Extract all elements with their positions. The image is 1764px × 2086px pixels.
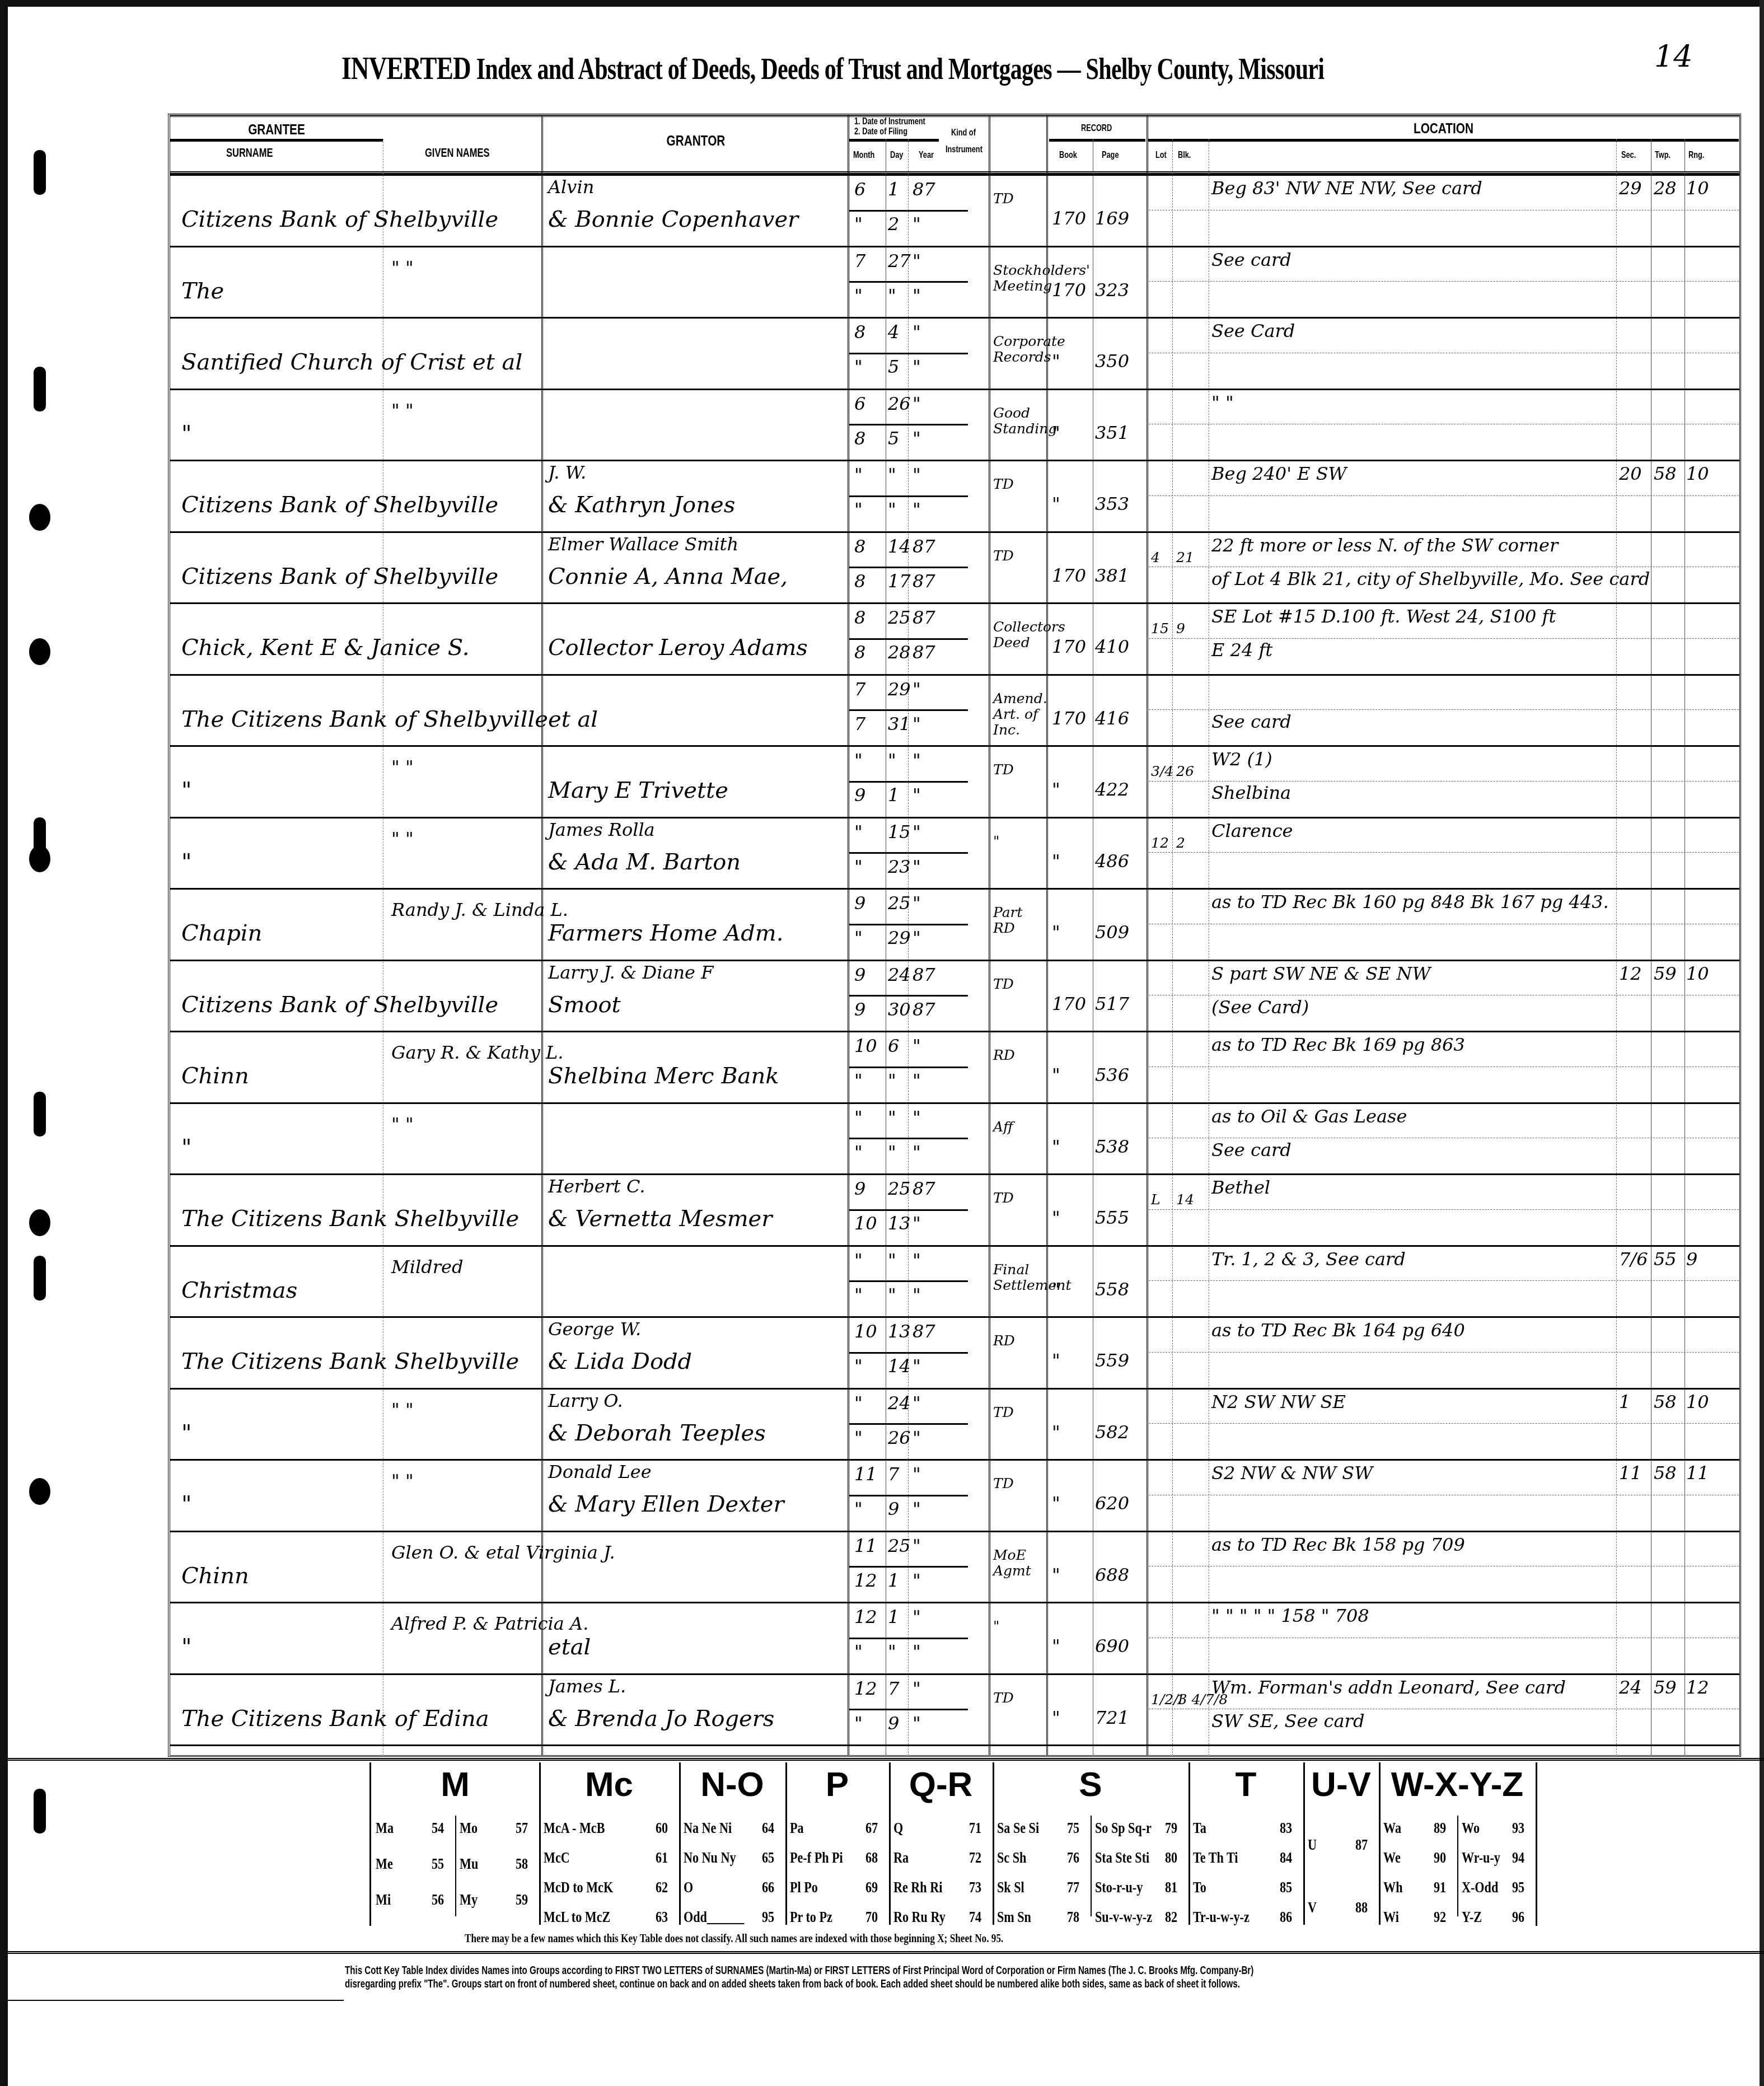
date-sub-divider bbox=[849, 924, 968, 925]
date2-year: " bbox=[913, 1070, 921, 1091]
key-cell-label: Sa Se Si bbox=[997, 1820, 1039, 1837]
location-sub-divider bbox=[1149, 852, 1739, 853]
kind-of-instrument: TD bbox=[993, 476, 1044, 492]
record-page: 559 bbox=[1095, 1350, 1129, 1371]
footer-line-1: This Cott Key Table Index divides Names … bbox=[345, 1964, 1253, 1977]
date1-month: " bbox=[854, 464, 863, 485]
key-cell-sheet-number: 82 bbox=[1165, 1909, 1177, 1926]
date1-month: 12 bbox=[854, 1606, 877, 1627]
key-cell-sheet-number: 72 bbox=[969, 1849, 981, 1867]
location-blk: 14 bbox=[1176, 1191, 1194, 1208]
grantor-line-2: & Deborah Teeples bbox=[548, 1420, 766, 1446]
key-cell-sheet-number: 73 bbox=[969, 1879, 981, 1896]
grantor-line-2: Shelbina Merc Bank bbox=[548, 1063, 779, 1089]
grantor-line-1: Larry O. bbox=[548, 1390, 623, 1411]
key-cell-label: We bbox=[1383, 1849, 1401, 1867]
location-desc-1: as to TD Rec Bk 169 pg 863 bbox=[1211, 1034, 1465, 1055]
date1-year: 87 bbox=[913, 964, 935, 985]
location-sec: 24 bbox=[1619, 1677, 1642, 1698]
key-cell-sheet-number: 91 bbox=[1434, 1879, 1446, 1896]
row-divider bbox=[170, 1388, 1740, 1390]
grantor-line-2: Connie A, Anna Mae, bbox=[548, 564, 788, 590]
key-section-letter: M bbox=[371, 1765, 539, 1804]
date1-month: " bbox=[854, 1250, 863, 1271]
grantee-surname: " bbox=[181, 1634, 191, 1660]
footer-rule bbox=[8, 1951, 1764, 1954]
grantor-line-2: Mary E Trivette bbox=[548, 778, 728, 803]
kind-of-instrument: TD bbox=[993, 548, 1044, 564]
location-sub-divider bbox=[1149, 1495, 1739, 1495]
kind-of-instrument: Amend. Art. of Inc. bbox=[993, 691, 1044, 738]
location-rng: 9 bbox=[1686, 1248, 1697, 1270]
footer-bottom-rule bbox=[8, 2000, 344, 2001]
date2-month: " bbox=[854, 285, 863, 306]
binder-hole bbox=[29, 1209, 50, 1236]
page-title: INVERTED Index and Abstract of Deeds, De… bbox=[341, 49, 1324, 87]
date1-day: 13 bbox=[888, 1321, 911, 1342]
ledger-table: GRANTEE SURNAME GIVEN NAMES GRANTOR 1. D… bbox=[168, 114, 1741, 1757]
date2-month: " bbox=[854, 1641, 863, 1662]
key-cell-label: U bbox=[1308, 1836, 1317, 1854]
header-mid-rule-location bbox=[1148, 139, 1739, 142]
date1-month: 7 bbox=[854, 250, 865, 272]
date2-month: " bbox=[854, 1070, 863, 1091]
location-sub-divider bbox=[1149, 1566, 1739, 1566]
date2-day: " bbox=[888, 499, 896, 520]
binder-hole bbox=[29, 638, 50, 665]
key-cell-sheet-number: 88 bbox=[1355, 1899, 1368, 1916]
record-book: " bbox=[1052, 779, 1060, 800]
key-cell-sheet-number: 69 bbox=[865, 1879, 878, 1896]
date1-month: 11 bbox=[854, 1463, 877, 1485]
date1-month: 10 bbox=[854, 1321, 877, 1342]
date1-year: " bbox=[913, 321, 921, 343]
location-lot: L bbox=[1151, 1191, 1161, 1208]
key-cell-label: Ma bbox=[376, 1820, 394, 1837]
key-cell-label: Mo bbox=[460, 1820, 478, 1837]
key-cell-label: Tr-u-w-y-z bbox=[1193, 1909, 1250, 1926]
date2-day: " bbox=[888, 1070, 896, 1091]
location-sub-divider bbox=[1149, 495, 1739, 496]
record-page: 381 bbox=[1095, 565, 1129, 586]
header-day: Day bbox=[890, 149, 903, 161]
grantor-line-2: et al bbox=[548, 707, 598, 732]
date2-month: " bbox=[854, 213, 863, 235]
date-sub-divider bbox=[849, 852, 968, 854]
key-cell-label: Wh bbox=[1383, 1879, 1402, 1896]
location-desc-1: S2 NW & NW SW bbox=[1211, 1462, 1373, 1484]
date-sub-divider bbox=[849, 1138, 968, 1139]
date1-day: 1 bbox=[888, 179, 899, 200]
date1-year: " bbox=[913, 1535, 921, 1556]
row-divider bbox=[170, 389, 1740, 390]
kind-of-instrument: Good Standing bbox=[993, 405, 1044, 437]
date2-month: 8 bbox=[854, 428, 865, 449]
location-sub-divider bbox=[1149, 1209, 1739, 1210]
row-divider bbox=[170, 1744, 1740, 1746]
date1-day: 27 bbox=[888, 250, 911, 272]
location-sub-divider bbox=[1149, 567, 1739, 567]
date2-day: 17 bbox=[888, 570, 911, 592]
grantee-surname: " bbox=[181, 1135, 191, 1161]
location-twp: 55 bbox=[1654, 1248, 1677, 1270]
date-sub-divider bbox=[849, 781, 968, 783]
header-page: Page bbox=[1102, 149, 1119, 161]
date1-day: 7 bbox=[888, 1463, 899, 1485]
date1-year: " bbox=[913, 1107, 921, 1128]
key-cell-label: Su-v-w-y-z bbox=[1095, 1909, 1152, 1926]
date1-day: " bbox=[888, 1107, 896, 1128]
location-desc-1: " " bbox=[1211, 392, 1234, 413]
date2-year: " bbox=[913, 499, 921, 520]
grantee-given: " " bbox=[391, 257, 414, 278]
col-line-desc bbox=[1209, 139, 1209, 1756]
date2-month: " bbox=[854, 1355, 863, 1377]
header-twp: Twp. bbox=[1655, 149, 1671, 161]
kind-of-instrument: TD bbox=[993, 1190, 1044, 1206]
key-cell-label: So Sp Sq-r bbox=[1095, 1820, 1152, 1837]
location-desc-2: Shelbina bbox=[1211, 782, 1291, 803]
row-divider bbox=[170, 1316, 1740, 1318]
date-sub-divider bbox=[849, 1423, 968, 1425]
date1-month: 9 bbox=[854, 964, 865, 985]
location-sub-divider bbox=[1149, 1352, 1739, 1353]
record-page: 558 bbox=[1095, 1279, 1129, 1300]
header-mid-rule-record bbox=[1049, 139, 1145, 142]
kind-of-instrument: RD bbox=[993, 1333, 1044, 1349]
key-cell-label: O bbox=[684, 1879, 693, 1896]
date1-year: " bbox=[913, 892, 921, 914]
key-cell-sheet-number: 61 bbox=[656, 1849, 668, 1867]
date1-month: 8 bbox=[854, 321, 865, 343]
header-date-filing: 2. Date of Filing bbox=[854, 125, 907, 138]
key-cell-sheet-number: 75 bbox=[1067, 1820, 1079, 1837]
grantor-line-1: James Rolla bbox=[548, 819, 655, 840]
date1-month: 8 bbox=[854, 536, 865, 557]
date1-day: 14 bbox=[888, 536, 911, 557]
record-book: " bbox=[1052, 1136, 1060, 1157]
date2-day: 1 bbox=[888, 784, 899, 806]
row-divider bbox=[170, 1602, 1740, 1603]
row-divider bbox=[170, 246, 1740, 247]
key-cell-label: Pa bbox=[790, 1820, 804, 1837]
date-sub-divider bbox=[849, 424, 968, 425]
footer-line-2: disregarding prefix "The". Groups start … bbox=[345, 1977, 1240, 1991]
key-cell-sheet-number: 95 bbox=[1512, 1879, 1524, 1896]
location-sec: 1 bbox=[1619, 1391, 1630, 1413]
date1-year: " bbox=[913, 393, 921, 414]
key-cell-sheet-number: 64 bbox=[762, 1820, 774, 1837]
key-section-letter: P bbox=[785, 1765, 889, 1804]
header-top-rule bbox=[170, 115, 1740, 117]
col-line-given bbox=[383, 139, 383, 1756]
date2-day: 2 bbox=[888, 213, 899, 235]
grantee-surname: Chapin bbox=[181, 920, 262, 946]
key-cell-label: Pl Po bbox=[790, 1879, 818, 1896]
record-page: 517 bbox=[1095, 993, 1129, 1014]
date2-year: " bbox=[913, 356, 921, 377]
grantor-line-2: Farmers Home Adm. bbox=[548, 920, 783, 946]
date1-year: " bbox=[913, 679, 921, 700]
record-book: " bbox=[1052, 350, 1060, 372]
key-cell-label: V bbox=[1308, 1899, 1317, 1916]
location-sub-divider bbox=[1149, 210, 1739, 211]
kind-of-instrument: Aff bbox=[993, 1119, 1044, 1135]
grantee-given: " " bbox=[391, 1470, 414, 1491]
key-section-letter: W-X-Y-Z bbox=[1379, 1765, 1536, 1804]
date1-year: 87 bbox=[913, 536, 935, 557]
date1-month: " bbox=[854, 1107, 863, 1128]
date2-year: " bbox=[913, 285, 921, 306]
key-cell-label: My bbox=[460, 1891, 478, 1909]
record-book: 170 bbox=[1052, 208, 1086, 229]
key-cell-sheet-number: 62 bbox=[656, 1879, 668, 1896]
date2-year: " bbox=[913, 428, 921, 449]
date-sub-divider bbox=[849, 1209, 968, 1211]
location-sub-divider bbox=[1149, 781, 1739, 782]
key-cell-sheet-number: 83 bbox=[1280, 1820, 1292, 1837]
record-book: " bbox=[1052, 1635, 1060, 1657]
record-book: 170 bbox=[1052, 708, 1086, 729]
date2-day: 31 bbox=[888, 713, 911, 735]
date1-month: 7 bbox=[854, 679, 865, 700]
binder-hole bbox=[29, 845, 50, 872]
location-desc-1: SE Lot #15 D.100 ft. West 24, S100 ft bbox=[1211, 606, 1556, 627]
grantee-given: Glen O. & etal Virginia J. bbox=[391, 1542, 615, 1563]
key-cell-sheet-number: 58 bbox=[516, 1855, 528, 1873]
kind-of-instrument: RD bbox=[993, 1047, 1044, 1063]
date1-year: 87 bbox=[913, 179, 935, 200]
record-book: " bbox=[1052, 422, 1060, 443]
header-blk: Blk. bbox=[1178, 149, 1191, 161]
key-cell-label: Q bbox=[893, 1820, 903, 1837]
date2-year: " bbox=[913, 713, 921, 735]
header-month: Month bbox=[853, 149, 874, 161]
date1-day: " bbox=[888, 750, 896, 771]
location-twp: 59 bbox=[1654, 963, 1677, 984]
key-cell-sheet-number: 70 bbox=[865, 1909, 878, 1926]
date1-year: " bbox=[913, 750, 921, 771]
date2-day: 1 bbox=[888, 1570, 899, 1591]
date2-day: 5 bbox=[888, 428, 899, 449]
date-sub-divider bbox=[849, 1280, 968, 1282]
kind-of-instrument: TD bbox=[993, 1405, 1044, 1420]
grantor-line-1: James L. bbox=[548, 1676, 626, 1697]
key-cell-label: Wo bbox=[1462, 1820, 1480, 1837]
date1-day: " bbox=[888, 464, 896, 485]
kind-of-instrument: TD bbox=[993, 976, 1044, 992]
kind-of-instrument: Corporate Records bbox=[993, 334, 1044, 365]
row-divider bbox=[170, 1031, 1740, 1032]
col-line-page bbox=[1093, 139, 1093, 1756]
key-subcolumn-divider bbox=[1457, 1816, 1458, 1916]
col-line-day bbox=[886, 139, 886, 1756]
key-cell-label: Pr to Pz bbox=[790, 1909, 832, 1926]
location-lot: 3/4 bbox=[1151, 763, 1173, 779]
grantee-surname: Citizens Bank of Shelbyville bbox=[181, 564, 498, 590]
row-divider bbox=[170, 745, 1740, 747]
header-grantor: GRANTOR bbox=[573, 132, 818, 149]
key-cell-sheet-number: 55 bbox=[432, 1855, 444, 1873]
binder-slot bbox=[34, 1789, 46, 1834]
record-page: 620 bbox=[1095, 1493, 1129, 1514]
date-sub-divider bbox=[849, 1067, 968, 1068]
row-divider bbox=[170, 1245, 1740, 1247]
key-cell-label: Me bbox=[376, 1855, 393, 1873]
key-cell-sheet-number: 76 bbox=[1067, 1849, 1079, 1867]
location-desc-1: See Card bbox=[1211, 320, 1295, 342]
location-blk: 21 bbox=[1176, 549, 1194, 565]
record-page: 690 bbox=[1095, 1635, 1129, 1657]
location-desc-1: Beg 83' NW NE NW, See card bbox=[1211, 177, 1482, 199]
record-page: 351 bbox=[1095, 422, 1129, 443]
location-blk: 9 bbox=[1176, 620, 1185, 637]
date1-day: 25 bbox=[888, 607, 911, 628]
location-rng: 10 bbox=[1686, 177, 1709, 199]
record-page: 538 bbox=[1095, 1136, 1129, 1157]
date2-day: 9 bbox=[888, 1498, 899, 1519]
date1-month: " bbox=[854, 1392, 863, 1414]
grantee-surname: Citizens Bank of Shelbyville bbox=[181, 992, 498, 1018]
key-note: There may be a few names which this Key … bbox=[465, 1931, 1003, 1945]
date-sub-divider bbox=[849, 1638, 968, 1639]
header-mid-rule-grantee bbox=[170, 139, 383, 142]
grantee-surname: Santified Church of Crist et al bbox=[181, 349, 522, 375]
key-cell-label: McL to McZ bbox=[544, 1909, 610, 1926]
grantee-given: Gary R. & Kathy L. bbox=[391, 1042, 563, 1063]
date1-day: 25 bbox=[888, 1178, 911, 1199]
binder-hole bbox=[29, 1478, 50, 1505]
date2-month: " bbox=[854, 356, 863, 377]
location-desc-1: Beg 240' E SW bbox=[1211, 463, 1347, 484]
date-sub-divider bbox=[849, 995, 968, 997]
location-desc-1: as to TD Rec Bk 160 pg 848 Bk 167 pg 443… bbox=[1211, 891, 1609, 913]
key-cell-label: Na Ne Ni bbox=[684, 1820, 732, 1837]
grantee-given: " " bbox=[391, 400, 414, 421]
date1-month: 11 bbox=[854, 1535, 877, 1556]
location-desc-1: Tr. 1, 2 & 3, See card bbox=[1211, 1248, 1406, 1270]
record-book: " bbox=[1052, 850, 1060, 872]
binder-slot bbox=[34, 150, 46, 195]
kind-of-instrument: TD bbox=[993, 191, 1044, 207]
kind-of-instrument: Stockholders' Meeting bbox=[993, 263, 1044, 294]
key-section-letter: S bbox=[993, 1765, 1189, 1804]
key-cell-sheet-number: 89 bbox=[1434, 1820, 1446, 1837]
date1-day: 4 bbox=[888, 321, 899, 343]
date1-month: 6 bbox=[854, 393, 865, 414]
record-book: " bbox=[1052, 1279, 1060, 1300]
row-divider bbox=[170, 460, 1740, 461]
date-sub-divider bbox=[849, 567, 968, 568]
col-line-blk bbox=[1172, 139, 1173, 1756]
date2-year: " bbox=[913, 1570, 921, 1591]
grantor-line-2: & Vernetta Mesmer bbox=[548, 1206, 772, 1232]
key-cell-label: X-Odd bbox=[1462, 1879, 1498, 1896]
col-line-kind bbox=[989, 115, 990, 1756]
location-sec: 29 bbox=[1619, 177, 1642, 199]
location-blk: 26 bbox=[1176, 763, 1194, 779]
record-book: 170 bbox=[1052, 636, 1086, 657]
header-mid-rule-date bbox=[849, 139, 939, 142]
date-sub-divider bbox=[849, 1495, 968, 1496]
date2-day: 30 bbox=[888, 999, 911, 1020]
location-desc-1: 22 ft more or less N. of the SW corner bbox=[1211, 535, 1558, 556]
grantor-line-2: etal bbox=[548, 1634, 591, 1660]
key-cell-sheet-number: 65 bbox=[762, 1849, 774, 1867]
date2-day: 9 bbox=[888, 1713, 899, 1734]
location-desc-1: N2 SW NW SE bbox=[1211, 1391, 1346, 1413]
date2-month: " bbox=[854, 499, 863, 520]
record-page: 353 bbox=[1095, 493, 1129, 515]
key-cell-label: Ra bbox=[893, 1849, 909, 1867]
location-rng: 10 bbox=[1686, 963, 1709, 984]
record-page: 169 bbox=[1095, 208, 1129, 229]
key-cell-sheet-number: 74 bbox=[969, 1909, 981, 1926]
key-cell-label: Wi bbox=[1383, 1909, 1399, 1926]
row-divider bbox=[170, 817, 1740, 819]
key-cell-sheet-number: 81 bbox=[1165, 1879, 1177, 1896]
key-cell-label: Odd______ bbox=[684, 1909, 744, 1926]
key-subcolumn-divider bbox=[1091, 1816, 1092, 1916]
date1-month: " bbox=[854, 821, 863, 843]
grantor-line-1: Alvin bbox=[548, 176, 594, 198]
location-desc-2: of Lot 4 Blk 21, city of Shelbyville, Mo… bbox=[1211, 568, 1650, 590]
location-rng: 10 bbox=[1686, 1391, 1709, 1413]
grantee-surname: The Citizens Bank of Shelbyville bbox=[181, 707, 548, 732]
col-line-sec bbox=[1616, 139, 1617, 1756]
row-divider bbox=[170, 1102, 1740, 1104]
key-cell-label: Sc Sh bbox=[997, 1849, 1026, 1867]
date2-year: " bbox=[913, 1284, 921, 1306]
location-sec: 20 bbox=[1619, 463, 1642, 484]
record-page: 416 bbox=[1095, 708, 1129, 729]
binder-slot bbox=[34, 367, 46, 411]
date1-year: " bbox=[913, 1392, 921, 1414]
date1-year: " bbox=[913, 1250, 921, 1271]
key-cell-label: Sm Sn bbox=[997, 1909, 1031, 1926]
col-line-date bbox=[848, 115, 849, 1756]
kind-of-instrument: " bbox=[993, 1619, 1044, 1634]
date-sub-divider bbox=[849, 210, 968, 212]
location-sub-divider bbox=[1149, 1067, 1739, 1067]
record-page: 536 bbox=[1095, 1064, 1129, 1086]
date2-year: 87 bbox=[913, 570, 935, 592]
grantee-given: " " bbox=[391, 828, 414, 849]
title-text: Index and Abstract of Deeds, Deeds of Tr… bbox=[471, 52, 1324, 86]
key-cell-label: Mu bbox=[460, 1855, 478, 1873]
location-sec: 11 bbox=[1619, 1462, 1642, 1484]
row-divider bbox=[170, 1459, 1740, 1461]
key-cell-label: McC bbox=[544, 1849, 570, 1867]
record-book: 170 bbox=[1052, 565, 1086, 586]
key-cell-sheet-number: 67 bbox=[865, 1820, 878, 1837]
date2-year: " bbox=[913, 1355, 921, 1377]
key-cell-sheet-number: 86 bbox=[1280, 1909, 1292, 1926]
key-cell-label: Ro Ru Ry bbox=[893, 1909, 946, 1926]
grantee-surname: The Citizens Bank of Edina bbox=[181, 1706, 489, 1732]
location-desc-1: W2 (1) bbox=[1211, 749, 1272, 770]
location-desc-1: Wm. Forman's addn Leonard, See card bbox=[1211, 1677, 1566, 1698]
key-cell-label: Mi bbox=[376, 1891, 391, 1909]
header-record: RECORD bbox=[1081, 122, 1112, 134]
grantee-surname: " bbox=[181, 778, 191, 803]
key-cell-sheet-number: 77 bbox=[1067, 1879, 1079, 1896]
header-sec: Sec. bbox=[1621, 149, 1636, 161]
row-divider bbox=[170, 1673, 1740, 1675]
key-cell-sheet-number: 94 bbox=[1512, 1849, 1524, 1867]
date1-month: 6 bbox=[854, 179, 865, 200]
location-desc-1: as to TD Rec Bk 158 pg 709 bbox=[1211, 1534, 1465, 1555]
